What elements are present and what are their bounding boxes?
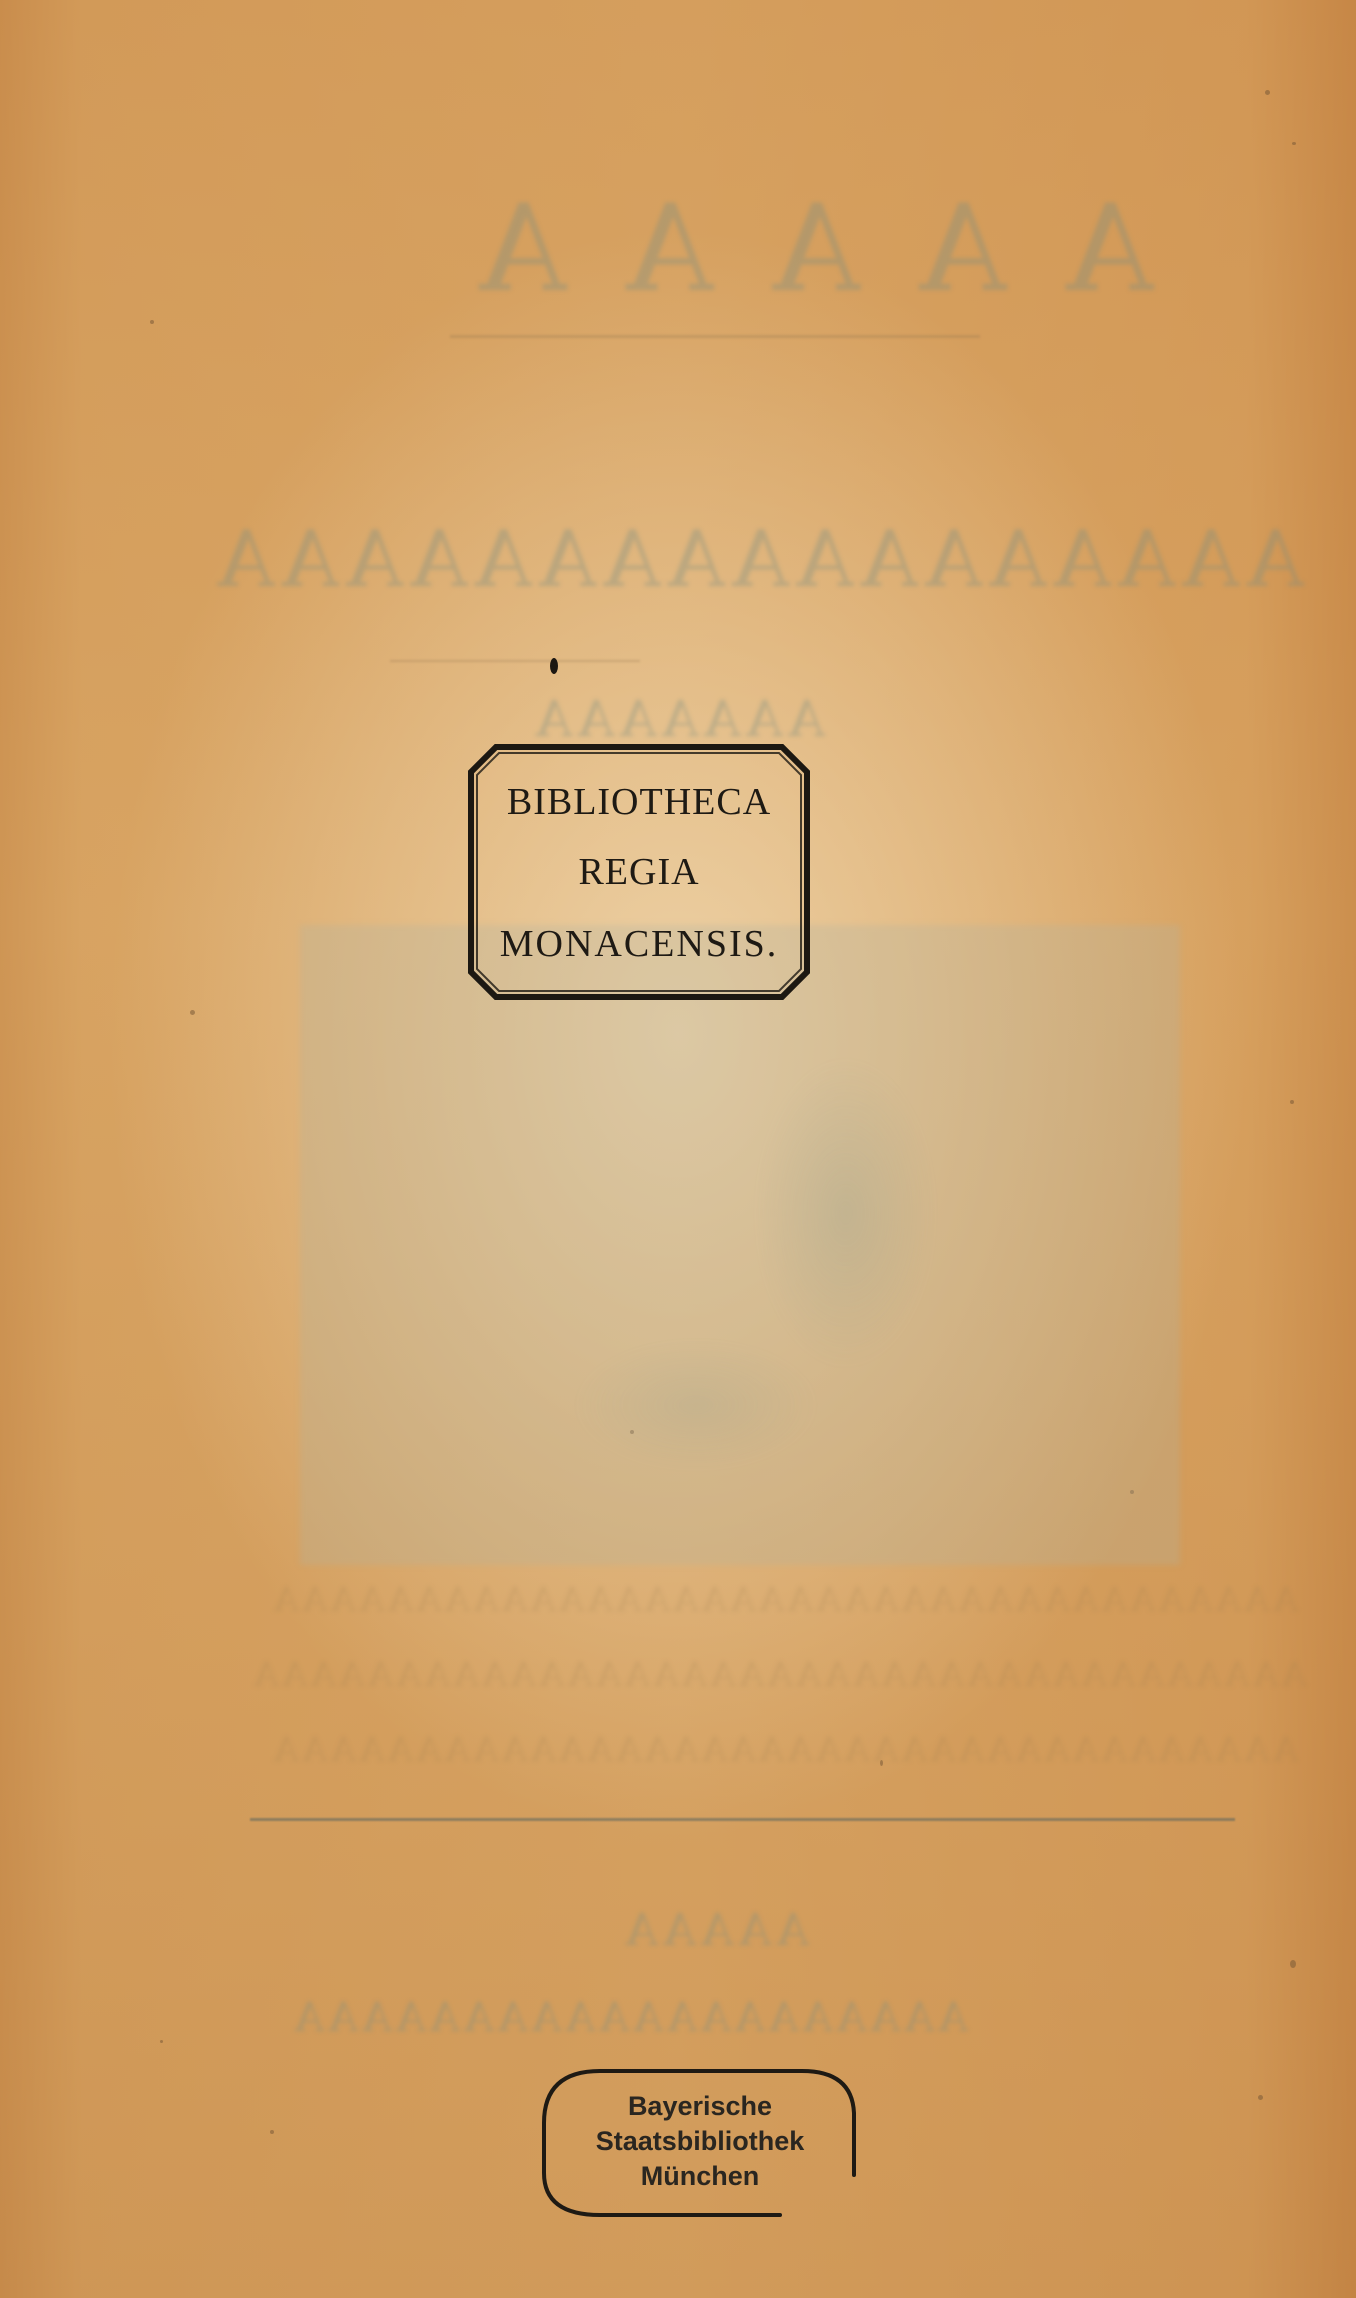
- bleed-through-divider: [250, 1818, 1235, 1821]
- paper-speck: [1292, 142, 1296, 145]
- bleed-through-line: AAAAAAAAAAAAAAAAA: [210, 515, 1304, 605]
- bleed-through-rule: [390, 660, 640, 662]
- paper-speck: [270, 2130, 274, 2134]
- bleed-through-line: AAAAA: [620, 1905, 809, 1956]
- scanned-page: AAAAA AAAAAAAAAAAAAAAAA AAAAAAA AAAAAAAA…: [0, 0, 1356, 2298]
- ink-spot: [550, 658, 558, 674]
- bleed-through-line: AAAAAAAAAAAAAAAAAAAAAAAAAAAAAAAAAAAAA: [250, 1655, 1307, 1695]
- paper-speck: [1258, 2095, 1263, 2100]
- paper-speck: [150, 320, 154, 324]
- stamp-line-bayerische: Bayerische: [540, 2089, 860, 2124]
- stamp-line-muenchen: München: [540, 2159, 860, 2194]
- stamp-line-monacensis: MONACENSIS.: [466, 922, 812, 966]
- bleed-through-line: AAAAAAA: [530, 690, 825, 748]
- paper-speck: [1290, 1100, 1294, 1104]
- paper-speck: [1290, 1960, 1296, 1968]
- library-stamp: BIBLIOTHECA REGIA MONACENSIS.: [466, 742, 812, 1002]
- stamp-line-regia: REGIA: [466, 850, 812, 894]
- paper-speck: [190, 1010, 195, 1015]
- bleed-through-illustration: [300, 925, 1180, 1565]
- bleed-through-title: AAAAA: [420, 180, 1153, 319]
- ownership-stamp: Bayerische Staatsbibliothek München: [540, 2063, 860, 2221]
- ownership-stamp-text: Bayerische Staatsbibliothek München: [540, 2089, 860, 2194]
- bleed-through-line: AAAAAAAAAAAAAAAAAAAA: [290, 1995, 968, 2041]
- bleed-through-line: AAAAAAAAAAAAAAAAAAAAAAAAAAAAAAAAAAAA: [270, 1730, 1298, 1770]
- bleed-through-line: AAAAAAAAAAAAAAAAAAAAAAAAAAAAAAAAAAAA: [270, 1580, 1298, 1620]
- paper-speck: [1265, 90, 1270, 95]
- stamp-line-staatsbibliothek: Staatsbibliothek: [540, 2124, 860, 2159]
- paper-speck: [160, 2040, 163, 2043]
- stamp-line-bibliotheca: BIBLIOTHECA: [466, 780, 812, 824]
- bleed-through-rule: [450, 335, 980, 338]
